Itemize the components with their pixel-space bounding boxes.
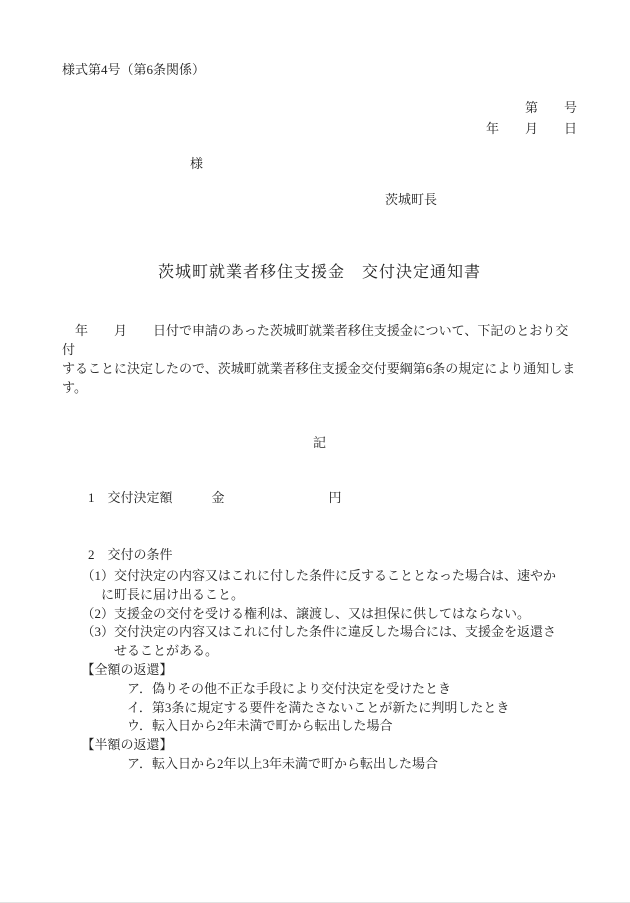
condition-line: （2）支援金の交付を受ける権利は、譲渡し、又は担保に供してはならない。 — [62, 605, 577, 624]
condition-line: ア．偽りその他不正な手段により交付決定を受けたとき — [62, 680, 577, 699]
document-page: 様式第4号（第6条関係） 第 号 年 月 日 様 茨城町長 茨城町就業者移住支援… — [0, 0, 630, 903]
sender-name: 茨城町長 — [62, 190, 577, 210]
addressee-honorific: 様 — [62, 154, 577, 174]
condition-line: （1）交付決定の内容又はこれに付した条件に反することとなった場合は、速やか — [62, 567, 577, 586]
conditions-list: （1）交付決定の内容又はこれに付した条件に反することとなった場合は、速やか に町… — [62, 567, 577, 774]
condition-line: ア．転入日から2年以上3年未満で町から転出した場合 — [62, 755, 577, 774]
condition-line: 【全額の返還】 — [62, 661, 577, 680]
condition-line: に町長に届け出ること。 — [62, 586, 577, 605]
document-title: 茨城町就業者移住支援金 交付決定通知書 — [62, 261, 577, 285]
form-number-label: 様式第4号（第6条関係） — [62, 60, 577, 80]
condition-line: （3）交付決定の内容又はこれに付した条件に違反した場合には、支援金を返還さ — [62, 623, 577, 642]
date-line: 年 月 日 — [62, 119, 577, 139]
condition-line: せることがある。 — [62, 642, 577, 661]
condition-line: イ．第3条に規定する要件を満たさないことが新たに判明したとき — [62, 699, 577, 718]
record-marker: 記 — [62, 433, 577, 453]
body-paragraph-line: することに決定したので、茨城町就業者移住支援金交付要綱第6条の規定により通知しま… — [62, 359, 577, 397]
condition-line: 【半額の返還】 — [62, 736, 577, 755]
decision-amount-line: 1 交付決定額 金 円 — [62, 488, 577, 508]
body-paragraph-line: 年 月 日付で申請のあった茨城町就業者移住支援金について、下記のとおり交付 — [62, 321, 577, 359]
body-paragraph: 年 月 日付で申請のあった茨城町就業者移住支援金について、下記のとおり交付 する… — [62, 321, 577, 397]
conditions-heading: 2 交付の条件 — [62, 545, 577, 564]
document-number-line: 第 号 — [62, 98, 577, 118]
condition-line: ウ．転入日から2年未満で町から転出した場合 — [62, 717, 577, 736]
